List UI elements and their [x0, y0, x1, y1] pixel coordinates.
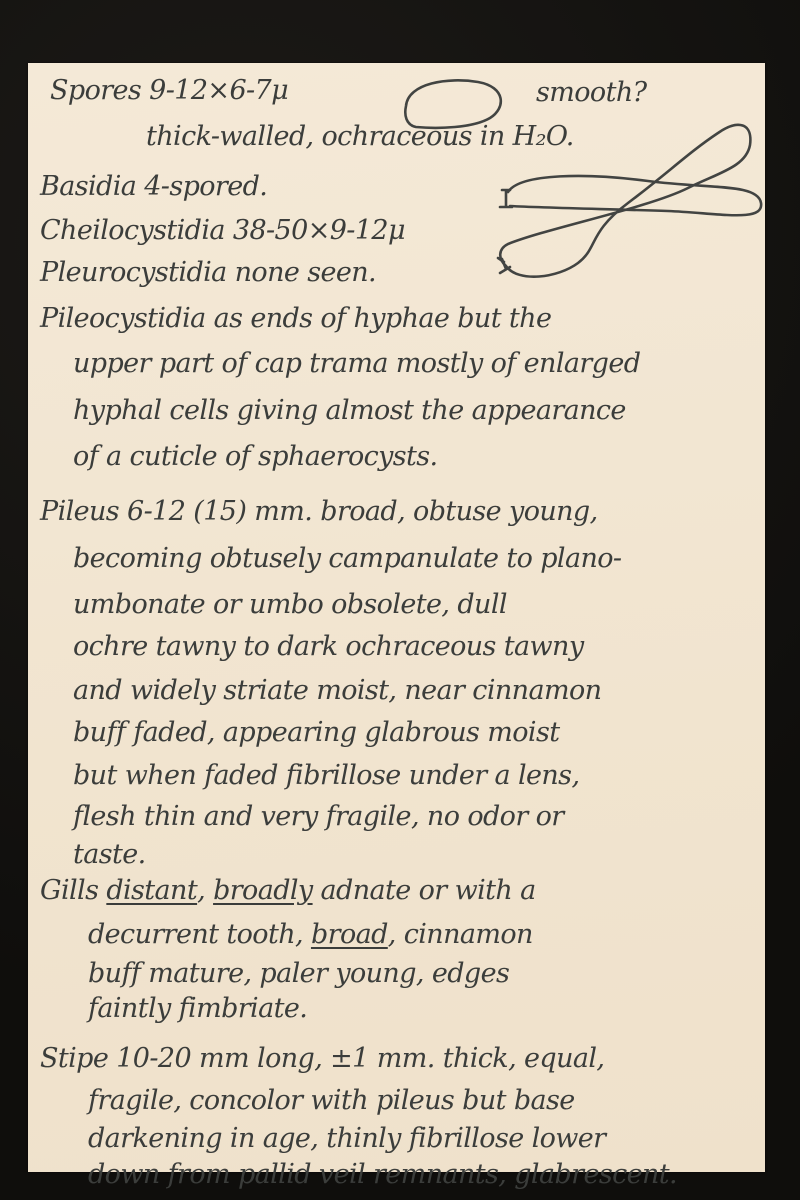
- text-line-gills: Gills distant, broadly adnate or with a: [40, 875, 536, 906]
- word-gills: Gills: [40, 875, 106, 906]
- text-line-gills-2: decurrent tooth, broad, cinnamon: [88, 919, 533, 950]
- underlined-broadly: broadly: [213, 875, 313, 906]
- text-line-basidia: Basidia 4-spored.: [40, 171, 267, 202]
- text-line: darkening in age, thinly fibrillose lowe…: [88, 1123, 605, 1154]
- text-line: flesh thin and very fragile, no odor or: [73, 801, 564, 832]
- underlined-broad: broad: [311, 919, 388, 950]
- text-line: hyphal cells giving almost the appearanc…: [73, 395, 626, 426]
- text-line-smooth: smooth?: [536, 77, 646, 108]
- text-line: fragile, concolor with pileus but base: [88, 1085, 575, 1116]
- text-line: and widely striate moist, near cinnamon: [73, 675, 601, 706]
- text-line: buff mature, paler young, edges: [88, 958, 509, 989]
- text-line-cheilocystidia: Cheilocystidia 38-50×9-12μ: [40, 215, 405, 246]
- underlined-distant: distant: [106, 875, 197, 906]
- text-line: ochre tawny to dark ochraceous tawny: [73, 631, 584, 662]
- text-line-spores: Spores 9-12×6-7μ: [50, 75, 288, 106]
- text-line: buff faded, appearing glabrous moist: [73, 717, 559, 748]
- text-line: umbonate or umbo obsolete, dull: [73, 589, 507, 620]
- text-line: faintly fimbriate.: [88, 993, 307, 1024]
- text-line: taste.: [73, 839, 146, 870]
- text-line: upper part of cap trama mostly of enlarg…: [73, 348, 640, 379]
- text-line: but when faded fibrillose under a lens,: [73, 760, 579, 791]
- text-line: down from pallid veil remnants, glabresc…: [88, 1159, 677, 1190]
- text-line-pileocystidia: Pileocystidia as ends of hyphae but the: [40, 303, 551, 334]
- note-card: Spores 9-12×6-7μ smooth? thick-walled, o…: [28, 63, 765, 1172]
- text-line-thick-walled: thick-walled, ochraceous in H₂O.: [146, 121, 574, 152]
- text-line-pileus: Pileus 6-12 (15) mm. broad, obtuse young…: [40, 496, 598, 527]
- text-line-stipe: Stipe 10-20 mm long, ±1 mm. thick, equal…: [40, 1043, 604, 1074]
- text-line: becoming obtusely campanulate to plano-: [73, 543, 621, 574]
- text-line-pleurocystidia: Pleurocystidia none seen.: [40, 257, 376, 288]
- text-line: of a cuticle of sphaerocysts.: [73, 441, 438, 472]
